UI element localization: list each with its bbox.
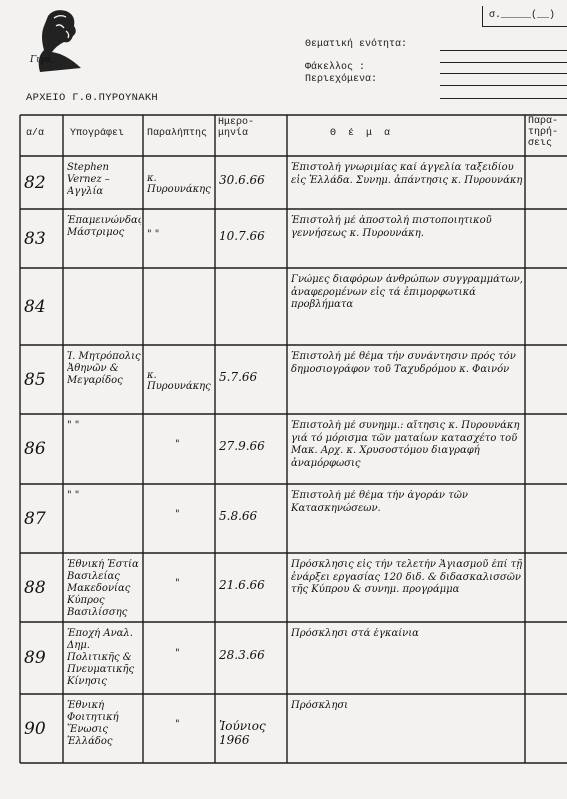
contents-label: Περιεχόμενα: [305, 74, 377, 85]
logo-signature: Γιγά, [30, 55, 54, 65]
cell-aa: 87 [24, 509, 61, 529]
cell-subject: Πρόσκλησις εἰς τήν τελετήν Ἁγιασμοῦ ἐπί … [291, 559, 523, 597]
cell-signer: Ἐθνική Φοιτητική Ἕνωσις Ἑλλάδος [67, 700, 141, 748]
cell-subject: Ἐπιστολή μέ θέμα τήν συνάντησιν πρός τόν… [291, 351, 523, 376]
cell-date: Ἰούνιος 1966 [219, 719, 285, 747]
cell-subject: Γνώμες διαφόρων ἀνθρώπων συγγραμμάτων, ἀ… [291, 274, 523, 312]
cell-subject: Ἐπιστολή μέ ἀποστολή πιστοποιητικοῦ γενν… [291, 215, 523, 240]
cell-aa: 89 [24, 648, 61, 668]
cell-subject: Πρόσκλησι στά ἐγκαίνια [291, 628, 523, 641]
cell-aa: 83 [24, 229, 61, 249]
cell-aa: 85 [24, 370, 61, 390]
cell-aa: 84 [24, 297, 61, 317]
cell-signer: Ἐπαμεινώνδας Μάστριμος [67, 215, 141, 239]
cell-date: 5.7.66 [219, 370, 285, 384]
cell-date: 5.8.66 [219, 509, 285, 523]
cell-aa: 82 [24, 173, 61, 193]
cell-aa: 90 [24, 719, 61, 739]
col-header-recipient: Παραλήπτης [147, 128, 207, 139]
cell-date: 28.3.66 [219, 648, 285, 662]
page-reference: σ._____(__) [489, 10, 555, 21]
cell-signer: Ἱ. Μητρόπολις Ἀθηνῶν & Μεγαρίδος [67, 351, 141, 387]
cell-signer: Stephen Vernez – Αγγλία [67, 162, 141, 198]
cell-signer: " " [67, 490, 141, 502]
page-reference-box: σ._____(__) [482, 6, 567, 27]
folder-label: Φάκελλος : [305, 62, 365, 73]
cell-subject: Ἐπιστολή μέ συνημμ.: αἴτησις κ. Πυρουνάκ… [291, 420, 523, 470]
col-header-date: Ημερο- μηνία [218, 117, 254, 139]
cell-aa: 88 [24, 578, 61, 598]
cell-signer: Ἐποχή Αναλ. Δημ. Πολιτικῆς & Πνευματικῆς… [67, 628, 141, 688]
col-header-notes: Παρα- τηρή- σεις [528, 116, 558, 149]
portrait-sketch-icon [26, 6, 96, 76]
cell-subject: Ἐπιστολή μέ θέμα τήν ἀγοράν τῶν Κατασκην… [291, 490, 523, 515]
col-header-subject: Θ έ μ α [330, 128, 390, 139]
cell-subject: Ἐπιστολή γνωριμίας καί ἀγγελία ταξειδίου… [291, 162, 523, 187]
cell-signer: Ἐθνική Ἑστία Βασιλείας Μακεδονίας Κύπρος… [67, 559, 141, 619]
cell-date: 30.6.66 [219, 173, 285, 187]
contents-field-line-2[interactable] [440, 98, 567, 99]
cell-recipient: " " [147, 229, 213, 240]
thematic-unit-field-line-2[interactable] [440, 62, 567, 63]
thematic-unit-field[interactable] [440, 50, 567, 51]
col-header-signer: Υπογράφει [70, 128, 124, 139]
archive-title: ΑΡΧΕΙΟ Γ.Θ.ΠΥΡΟΥΝΑΚΗ [26, 92, 158, 104]
contents-field[interactable] [440, 85, 567, 86]
cell-date: 21.6.66 [219, 578, 285, 592]
cell-date: 27.9.66 [219, 439, 285, 453]
cell-recipient: κ. Πυρουνάκης [147, 370, 213, 392]
cell-aa: 86 [24, 439, 61, 459]
folder-field[interactable] [440, 73, 567, 74]
cell-date: 10.7.66 [219, 229, 285, 243]
col-header-aa: α/α [26, 128, 44, 139]
thematic-unit-label: Θεματική ενότητα: [305, 39, 407, 50]
cell-recipient: κ. Πυρουνάκης [147, 173, 213, 195]
cell-subject: Πρόσκλησι [291, 700, 523, 713]
cell-signer: " " [67, 420, 141, 432]
